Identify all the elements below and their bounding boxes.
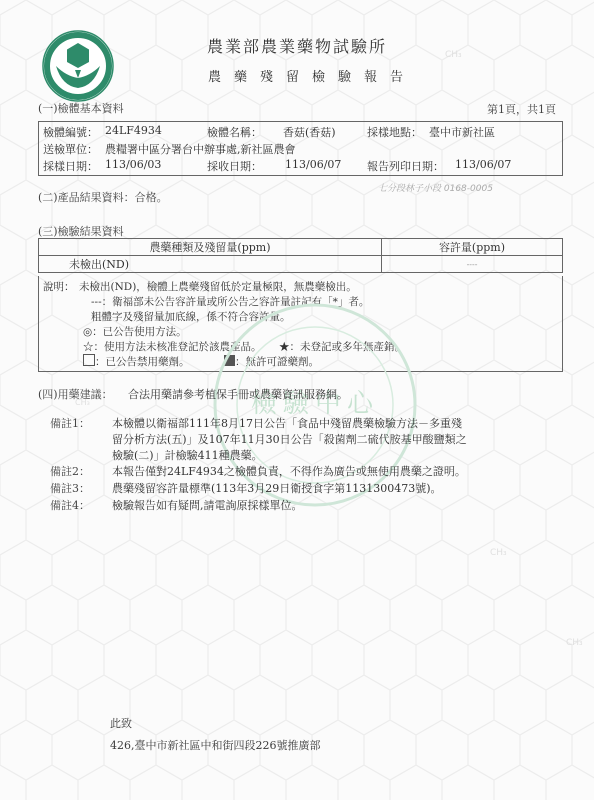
notes-label: 說明： (43, 279, 75, 294)
submitter-label: 送檢單位： (43, 141, 98, 157)
remark1-line3: 檢驗(二)」計檢驗411種農藥。 (112, 447, 263, 463)
print-date-label: 報告列印日期： (367, 158, 444, 174)
sample-name-label: 檢體名稱： (207, 124, 262, 140)
recipient-address: 426,臺中市新社區中和街四段226號推廣部 (110, 737, 321, 753)
salutation: 此致 (110, 715, 132, 731)
location-value: 臺中市新社區 (429, 124, 495, 140)
section2-heading: (二)產品結果資料：合格。 (38, 189, 168, 205)
report-title: 農藥殘留檢驗報告 (0, 66, 594, 85)
usage-advice: 合法用藥請參考植保手冊或農藥資訊服務網。 (128, 386, 348, 402)
cell-tolerance: ---- (382, 256, 563, 273)
result-table: 農藥種類及殘留量(ppm) 容許量(ppm) 未檢出(ND) ---- (38, 238, 563, 273)
note-line-nd: 未檢出(ND)，檢體上農藥殘留低於定量極限，無農藥檢出。 (79, 279, 357, 294)
sample-date-value: 113/06/03 (105, 158, 161, 171)
sample-name-value: 香菇(香菇) (283, 124, 336, 140)
section3-heading: (三)檢驗結果資料 (38, 223, 124, 239)
sample-date-label: 採樣日期： (43, 158, 98, 174)
remark1-line1: 本檢體以衛福部111年8月17日公告「食品中殘留農藥檢驗方法－多重殘 (112, 415, 462, 431)
sample-info-box: 檢體編號： 24LF4934 檢體名稱： 香菇(香菇) 採樣地點： 臺中市新社區… (38, 121, 563, 176)
section4-heading: (四)用藥建議： (38, 386, 113, 402)
remark2-label: 備註2： (50, 463, 90, 479)
remark3-label: 備註3： (50, 480, 90, 496)
remark4-label: 備註4： (50, 497, 90, 513)
sample-no-label: 檢體編號： (43, 124, 98, 140)
organization-name: 農業部農業藥物試驗所 (0, 34, 594, 57)
location-label: 採樣地點： (367, 124, 422, 140)
submitter-value: 農糧署中區分署台中辦事處,新社區農會 (105, 141, 296, 157)
remark1-label: 備註1： (50, 415, 90, 431)
table-row: 未檢出(ND) ---- (39, 256, 563, 273)
cell-pesticide: 未檢出(ND) (39, 256, 382, 273)
table-header-row: 農藥種類及殘留量(ppm) 容許量(ppm) (39, 239, 563, 256)
remark2-text: 本報告僅對24LF4934之檢體負責，不得作為廣告或無使用農藥之證明。 (112, 463, 466, 479)
remark4-text: 檢驗報告如有疑問,請電詢原採樣單位。 (112, 497, 303, 513)
report-page: 農業部農業藥物試驗所 農藥殘留檢驗報告 (一)檢體基本資料 第1頁，共1頁 檢體… (0, 0, 594, 800)
header-pesticide: 農藥種類及殘留量(ppm) (39, 239, 382, 256)
remark3-text: 農藥殘留容許量標準(113年3月29日衛授食字第1131300473號)。 (112, 480, 442, 496)
note-line-banned: ：已公告禁用藥劑。 (83, 354, 190, 369)
sample-no-value: 24LF4934 (105, 124, 162, 137)
remark1-line2: 留分析方法(五)」及107年11月30日公告「殺菌劑二硫代胺基甲酸鹽類之 (112, 431, 467, 447)
note-line-double-circle: ◎：已公告使用方法。 (83, 324, 187, 339)
hollow-square-icon (83, 354, 95, 366)
receive-date-value: 113/06/07 (285, 158, 341, 171)
header-tolerance: 容許量(ppm) (382, 239, 563, 256)
print-date-value: 113/06/07 (455, 158, 511, 171)
page-indicator: 第1頁，共1頁 (487, 101, 556, 117)
section1-heading: (一)檢體基本資料 (38, 100, 124, 116)
receive-date-label: 採收日期： (207, 158, 262, 174)
handwritten-note: 七分段林子小段 0168-0005 (378, 181, 493, 194)
